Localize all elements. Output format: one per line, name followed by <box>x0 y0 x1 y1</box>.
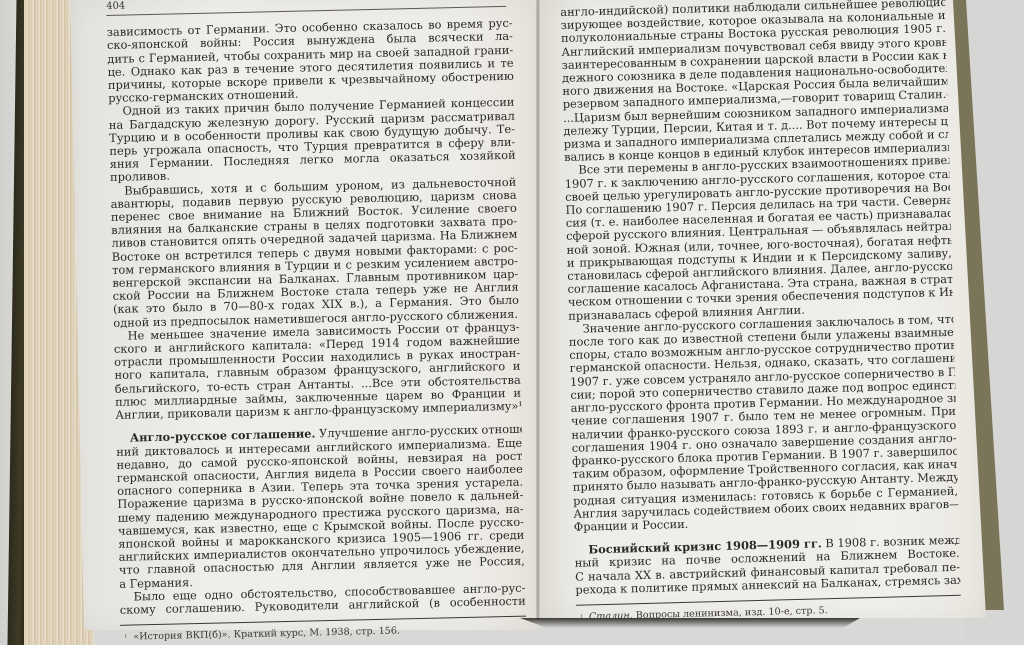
photo-scene: 404 зависимость от Германии. Это особенн… <box>0 0 1024 645</box>
book-gutter <box>536 0 540 620</box>
section-bosnian-crisis: Боснийский кризис 1908—1909 гг. В 1908 г… <box>574 534 960 597</box>
footnote-text: «История ВКП(б)». Краткий курс, М. 1938,… <box>133 626 400 643</box>
footnote-marker: ¹ <box>124 634 127 642</box>
right-body: англо-индийской) политики наблюдали силь… <box>560 0 959 534</box>
footnote: ¹«История ВКП(б)». Краткий курс, М. 1938… <box>120 623 526 644</box>
footnote-marker: ¹ <box>580 614 583 622</box>
left-page-text: 404 зависимость от Германии. Это особенн… <box>106 0 527 644</box>
right-page-text: англо-индийской) политики наблюдали силь… <box>560 0 961 624</box>
page-number: 404 <box>106 0 506 16</box>
section-anglo-russian-agreement: Англо-русское соглашение. Улучшение англ… <box>116 423 526 617</box>
left-body: зависимость от Германии. Это особенно ск… <box>107 17 522 422</box>
footnote-author: Сталин <box>589 610 630 622</box>
